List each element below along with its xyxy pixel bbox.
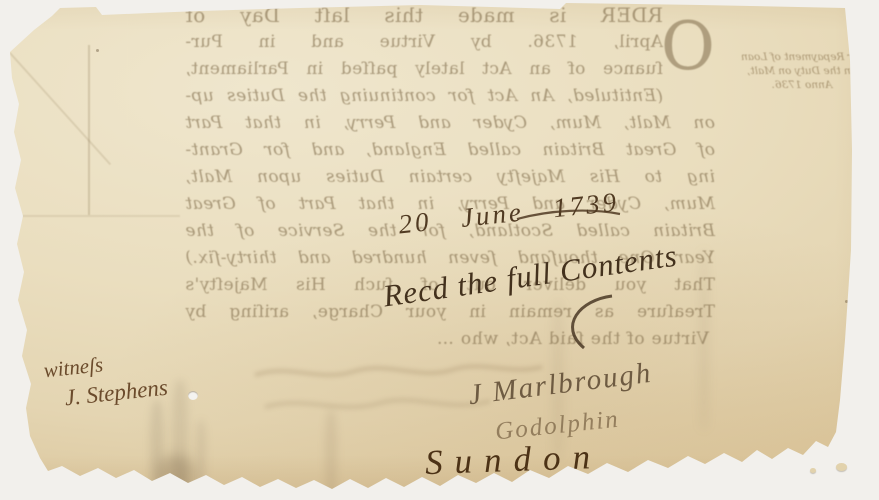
document-paper: O RDER is made this laſt Day of April, 1… xyxy=(0,0,879,500)
ink-speck xyxy=(233,7,236,10)
paper-crease xyxy=(20,215,180,217)
printed-line: ſuance of an Act lately paſſed in Parlia… xyxy=(185,56,715,83)
printed-line: (Entituled, An Act for continuing the Du… xyxy=(185,83,715,110)
paper-hole xyxy=(188,391,198,400)
ink-flourish xyxy=(550,288,640,358)
stain xyxy=(196,420,206,500)
stain xyxy=(158,455,194,497)
marginal-note-line: for Repayment of Loan xyxy=(740,50,864,64)
drop-cap-letter: O xyxy=(663,10,715,92)
stain xyxy=(150,400,164,500)
signature-sundon: Sundon xyxy=(424,437,602,483)
paper-crease xyxy=(88,45,90,215)
ink-speck xyxy=(96,49,99,52)
showthrough-marginal-note: for Repayment of Loan on the Duty on Mal… xyxy=(740,50,864,92)
printed-line: on Malt, Mum, Cyder and Perry, in that P… xyxy=(185,110,715,137)
printed-line: RDER is made this laſt Day of xyxy=(185,2,715,29)
printed-line: ing to His Majeſty certain Duties upon M… xyxy=(185,164,715,191)
marginal-note-line: on the Duty on Malt, xyxy=(740,64,864,78)
stain xyxy=(172,380,188,500)
paper-fragment xyxy=(810,468,816,473)
marginal-note-line: Anno 1736. xyxy=(740,78,864,92)
printed-line: April, 1736. by Virtue and in Pur- xyxy=(185,29,715,56)
paper-fragment xyxy=(836,463,847,471)
ink-speck xyxy=(845,300,848,303)
scan-background: O RDER is made this laſt Day of April, 1… xyxy=(0,0,879,500)
printed-line: of Great Britain called England, and for… xyxy=(185,137,715,164)
